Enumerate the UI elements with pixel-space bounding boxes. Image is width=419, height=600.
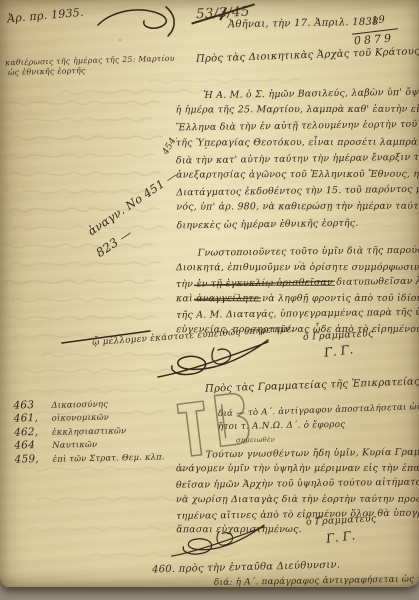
struck-text: ἀναγγείλητε [196, 291, 259, 307]
body-line: διηνεκὲς ὡς ἡμέραν ἐθνικῆς ἑορτῆς. [176, 213, 419, 234]
list-item-label: Δικαιοσύνης [51, 399, 108, 410]
section2-inserted-word: σημειωθὲν [236, 436, 275, 445]
body-line: νός, ὑπ' ἀρ. 980, νὰ καθιερώσῃ τὴν ἡμέρα… [176, 199, 419, 216]
list-item-label: οἰκονομικῶν [52, 412, 110, 423]
text-segment: διατυπωθεῖσαν Ἀρχὴν [333, 276, 419, 288]
list-item-number: 464 [14, 439, 44, 452]
body-line: Γνωστοποιοῦντες τοῦτο ὑμῖν διὰ τῆς παρού… [176, 242, 419, 261]
list-item-number: 462, [14, 426, 44, 439]
body-paragraph-1: Ἡ Α. Μ. ὁ Σ. ἡμῶν Βασιλεύς, λαβὼν ὑπ' ὄψ… [175, 85, 419, 234]
registry-flourish [96, 5, 181, 37]
list-item-label: ἐπὶ τῶν Στρατ. Θεμ. κλπ. [52, 451, 164, 463]
body-line: νὰ χωρίσῃ Διαταγὰς διὰ τὴν ἑορτὴν ταύτην… [176, 491, 419, 507]
struck-text: ἐν τῇ ἐγκυκλίῳ ὁρισθεῖσαν [196, 275, 333, 292]
body-paragraph-2: Γνωστοποιοῦντες τοῦτο ὑμῖν διὰ τῆς παρού… [176, 243, 419, 339]
signature-flourish-1 [156, 334, 268, 378]
body-line: Διοικητά, ἐπιθυμοῦμεν νὰ ὁρίσητε συμμόρφ… [176, 259, 419, 275]
addressee-list: 463 Δικαιοσύνης 461, οἰκονομικῶν 462, ἐκ… [13, 396, 165, 466]
body-line: τῆς Ὑπεραγίας Θεοτόκου, εἶναι προσέτι λα… [176, 134, 419, 151]
text-segment: νὰ ληφθῇ φροντὶς ἀπὸ τοῦ ἰδίου [259, 293, 419, 304]
closing-dash [62, 329, 152, 345]
list-item-number: 463 [13, 399, 43, 412]
list-item-number: 459, [14, 453, 44, 466]
body-line-with-deletion: τὴν ἐν τῇ ἐγκυκλίῳ ὁρισθεῖσαν διατυπωθεῖ… [176, 273, 419, 292]
body-line: θεῖσαν ἡμῶν Ἀρχὴν τοῦ ὑψηλοῦ τούτου αἰτή… [176, 475, 419, 494]
body-line: ἀνεξαρτησίας ἀγῶνος τοῦ Ἑλληνικοῦ Ἔθνους… [176, 166, 419, 183]
body-line-with-deletion: καὶ ἀναγγείλητε νὰ ληφθῇ φροντὶς ἀπὸ τοῦ… [176, 291, 419, 307]
protocol-number-bottom: 0879 [354, 32, 395, 48]
list-item-label: ἐκκλησιαστικῶν [52, 425, 127, 437]
protocol-number-top: 19 [371, 14, 385, 26]
signature-flourish-2 [170, 520, 266, 558]
list-item-label: Ναυτικῶν [52, 439, 97, 450]
manuscript-photo: Ἀρ. πρ. 1935. 53/3/45 Ἀθῆναι, τὴν 17. Ἀπ… [0, 0, 419, 600]
list-item-number: 461, [14, 412, 44, 425]
